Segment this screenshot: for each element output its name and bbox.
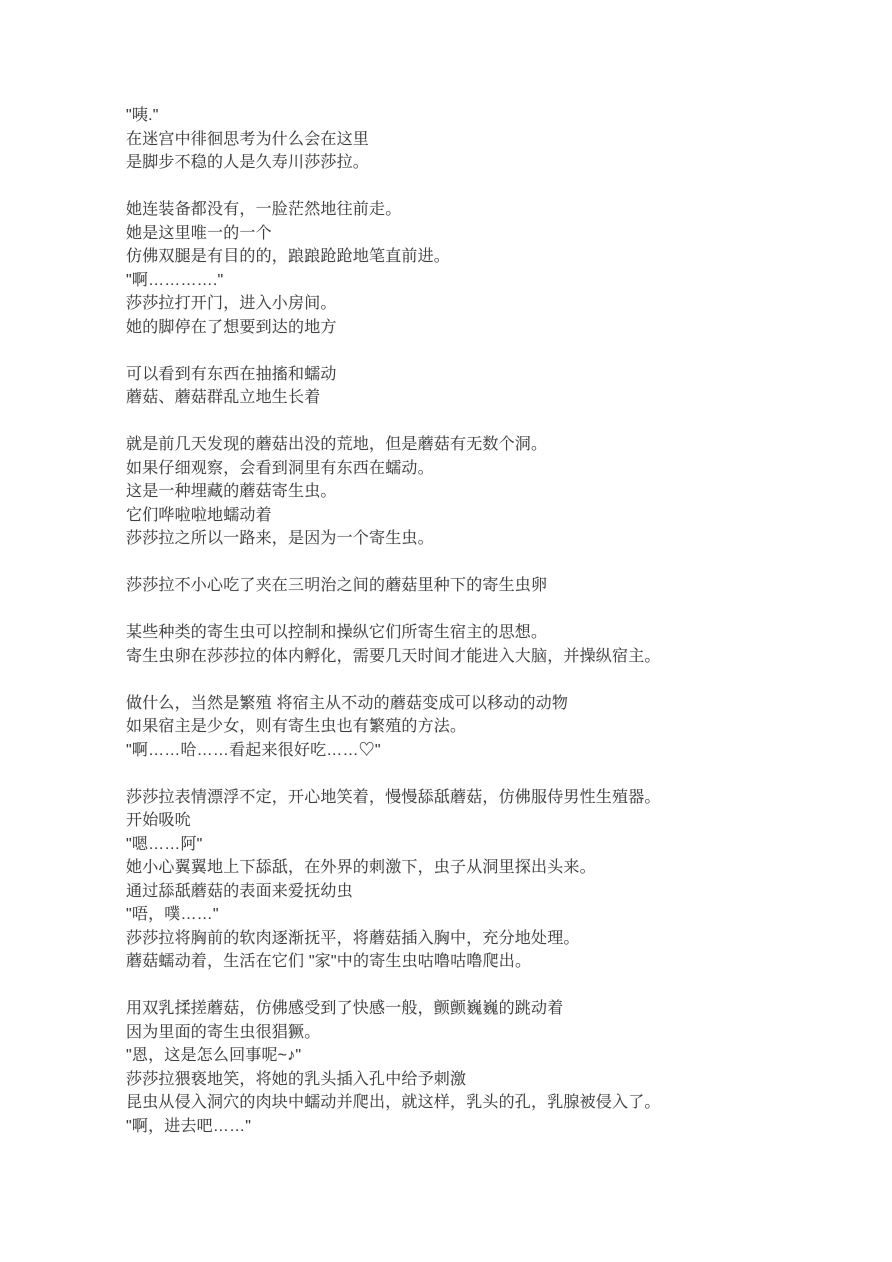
text-line: 开始吸吮	[126, 809, 856, 833]
text-line: 仿佛双腿是有目的的，踉踉跄跄地笔直前进。	[126, 245, 856, 269]
text-line: 莎莎拉表情漂浮不定，开心地笑着，慢慢舔舐蘑菇，仿佛服侍男性生殖器。	[126, 786, 856, 810]
text-line: 莎莎拉打开门，进入小房间。	[126, 292, 856, 316]
text-line: "恩，这是怎么回事呢~♪"	[126, 1044, 856, 1068]
text-line: 通过舔舐蘑菇的表面来爱抚幼虫	[126, 880, 856, 904]
text-line: "啊，进去吧……"	[126, 1115, 856, 1139]
text-line: 她连装备都没有，一脸茫然地往前走。	[126, 198, 856, 222]
text-line: 昆虫从侵入洞穴的肉块中蠕动并爬出，就这样，乳头的孔，乳腺被侵入了。	[126, 1091, 856, 1115]
text-line: 这是一种埋藏的蘑菇寄生虫。	[126, 480, 856, 504]
document-page: "咦."在迷宫中徘徊思考为什么会在这里是脚步不稳的人是久寿川莎莎拉。她连装备都没…	[0, 0, 892, 1262]
paragraph: 用双乳揉搓蘑菇，仿佛感受到了快感一般，颤颤巍巍的跳动着因为里面的寄生虫很猖獗。"…	[126, 997, 856, 1138]
text-block: "咦."在迷宫中徘徊思考为什么会在这里是脚步不稳的人是久寿川莎莎拉。她连装备都没…	[126, 104, 856, 1162]
text-line: 如果宿主是少女，则有寄生虫也有繁殖的方法。	[126, 715, 856, 739]
paragraph: 她连装备都没有，一脸茫然地往前走。她是这里唯一的一个仿佛双腿是有目的的，踉踉跄跄…	[126, 198, 856, 339]
text-line: 做什么，当然是繁殖 将宿主从不动的蘑菇变成可以移动的动物	[126, 692, 856, 716]
paragraph: 做什么，当然是繁殖 将宿主从不动的蘑菇变成可以移动的动物如果宿主是少女，则有寄生…	[126, 692, 856, 763]
text-line: 莎莎拉将胸前的软肉逐渐抚平，将蘑菇插入胸中，充分地处理。	[126, 927, 856, 951]
text-line: 可以看到有东西在抽搐和蠕动	[126, 363, 856, 387]
text-line: 在迷宫中徘徊思考为什么会在这里	[126, 128, 856, 152]
text-line: 用双乳揉搓蘑菇，仿佛感受到了快感一般，颤颤巍巍的跳动着	[126, 997, 856, 1021]
text-line: 莎莎拉之所以一路来，是因为一个寄生虫。	[126, 527, 856, 551]
text-line: 她的脚停在了想要到达的地方	[126, 316, 856, 340]
paragraph: 某些种类的寄生虫可以控制和操纵它们所寄生宿主的思想。寄生虫卵在莎莎拉的体内孵化，…	[126, 621, 856, 668]
text-line: 某些种类的寄生虫可以控制和操纵它们所寄生宿主的思想。	[126, 621, 856, 645]
text-line: "唔，噗……"	[126, 903, 856, 927]
text-line: 蘑菇蠕动着，生活在它们 "家"中的寄生虫咕噜咕噜爬出。	[126, 950, 856, 974]
paragraph: 就是前几天发现的蘑菇出没的荒地，但是蘑菇有无数个洞。如果仔细观察，会看到洞里有东…	[126, 433, 856, 551]
text-line: 莎莎拉不小心吃了夹在三明治之间的蘑菇里种下的寄生虫卵	[126, 574, 856, 598]
text-line: "啊…………."	[126, 269, 856, 293]
text-line: 就是前几天发现的蘑菇出没的荒地，但是蘑菇有无数个洞。	[126, 433, 856, 457]
text-line: "嗯……阿"	[126, 833, 856, 857]
text-line: 因为里面的寄生虫很猖獗。	[126, 1021, 856, 1045]
text-line: 如果仔细观察，会看到洞里有东西在蠕动。	[126, 457, 856, 481]
text-line: "咦."	[126, 104, 856, 128]
text-line: 她小心翼翼地上下舔舐，在外界的刺激下，虫子从洞里探出头来。	[126, 856, 856, 880]
paragraph: 莎莎拉不小心吃了夹在三明治之间的蘑菇里种下的寄生虫卵	[126, 574, 856, 598]
text-line: 莎莎拉猥亵地笑，将她的乳头插入孔中给予刺激	[126, 1068, 856, 1092]
text-line: 它们哗啦啦地蠕动着	[126, 504, 856, 528]
text-line: "啊……哈……看起来很好吃……♡"	[126, 739, 856, 763]
text-line: 寄生虫卵在莎莎拉的体内孵化，需要几天时间才能进入大脑，并操纵宿主。	[126, 645, 856, 669]
paragraph: "咦."在迷宫中徘徊思考为什么会在这里是脚步不稳的人是久寿川莎莎拉。	[126, 104, 856, 175]
text-line: 她是这里唯一的一个	[126, 222, 856, 246]
paragraph: 莎莎拉表情漂浮不定，开心地笑着，慢慢舔舐蘑菇，仿佛服侍男性生殖器。开始吸吮"嗯……	[126, 786, 856, 974]
paragraph: 可以看到有东西在抽搐和蠕动蘑菇、蘑菇群乱立地生长着	[126, 363, 856, 410]
text-line: 是脚步不稳的人是久寿川莎莎拉。	[126, 151, 856, 175]
text-line: 蘑菇、蘑菇群乱立地生长着	[126, 386, 856, 410]
